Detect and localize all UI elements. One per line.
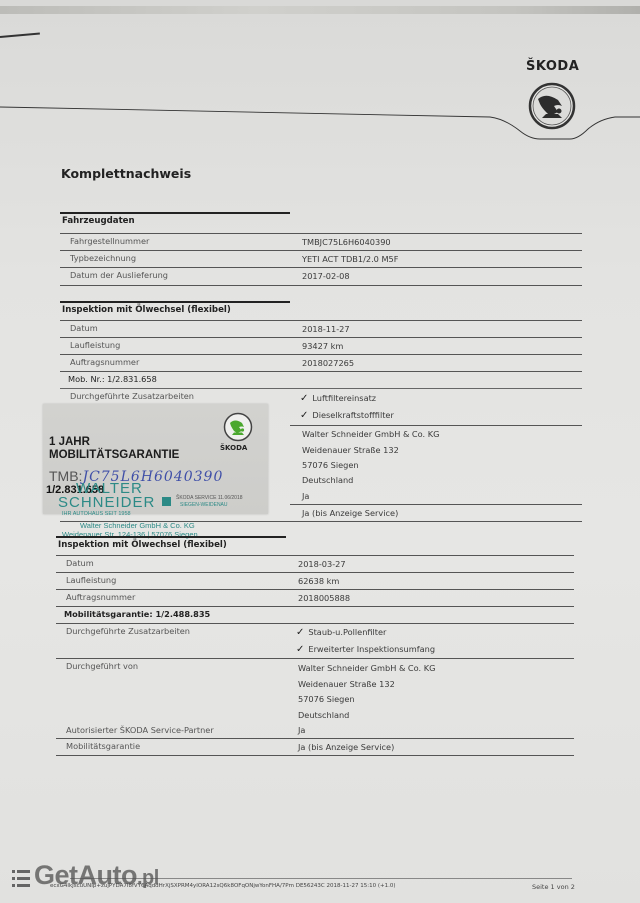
mobility-label: Mobilitätsgarantie	[66, 741, 140, 751]
checkmark-icon: ✓	[296, 627, 304, 638]
mobility-guarantee-number: Mobilitätsgarantie: 1/2.488.835	[64, 609, 210, 619]
stamp-partner-sub: SIEGEN-WEIDENAU	[180, 502, 228, 508]
checkmark-icon: ✓	[296, 644, 304, 655]
row-value: 2017-02-08	[302, 271, 350, 281]
table-row: Laufleistung 93427 km	[60, 337, 582, 354]
performed-by-label: Durchgeführt von	[66, 661, 138, 671]
table-row: Laufleistung 62638 km	[56, 572, 574, 589]
sticker-brand: ŠKODA	[220, 444, 247, 452]
performed-by-line: Deutschland	[302, 475, 353, 485]
row-value: YETI ACT TDB1/2.0 M5F	[302, 254, 398, 264]
section-title: Fahrzeugdaten	[62, 216, 135, 226]
stamp-partner-text: ŠKODA SERVICE 11.06/2018	[176, 495, 243, 501]
extra-work-item: ✓Dieselkraftstofffilter	[300, 410, 394, 421]
performed-by-line: 57076 Siegen	[302, 460, 359, 470]
watermark-menu-icon	[12, 868, 30, 888]
stamp-badge-icon	[162, 497, 171, 506]
performed-by-line: Walter Schneider GmbH & Co. KG	[302, 429, 439, 439]
section-bar	[56, 536, 286, 538]
authorized-value: Ja	[298, 725, 305, 735]
performed-by-line: Walter Schneider GmbH & Co. KG	[298, 663, 435, 673]
table-row: Datum 2018-11-27	[60, 320, 582, 337]
performed-by-line: Weidenauer Straße 132	[298, 679, 395, 689]
stamp-address-1: Walter Schneider GmbH & Co. KG	[80, 521, 195, 530]
authorized-value: Ja	[302, 491, 309, 501]
divider	[56, 738, 574, 739]
row-value: 62638 km	[298, 576, 339, 586]
row-label: Auftragsnummer	[70, 357, 139, 367]
row-value: 2018-11-27	[302, 324, 350, 334]
document-page: ŠKODA Komplettnachweis Fahrzeugdaten Fah…	[0, 6, 640, 903]
brand-wordmark: ŠKODA	[526, 59, 579, 74]
extra-work-item: ✓Staub-u.Pollenfilter	[296, 627, 386, 638]
table-row: Fahrgestellnummer TMBJC75L6H6040390	[60, 233, 582, 250]
row-label: Datum	[70, 323, 98, 333]
row-label: Durchgeführte Zusatzarbeiten	[66, 626, 190, 636]
authorized-label: Autorisierter ŠKODA Service-Partner	[66, 725, 214, 735]
extra-work-item: ✓Erweiterter Inspektionsumfang	[296, 644, 435, 655]
row-value: TMBJC75L6H6040390	[302, 237, 391, 247]
row-label: Typbezeichnung	[70, 253, 136, 263]
stamp-dealer-name: WALTER SCHNEIDER	[58, 482, 155, 510]
extra-work-item: ✓Luftfiltereinsatz	[300, 393, 376, 404]
divider	[56, 755, 574, 756]
section-title: Inspektion mit Ölwechsel (flexibel)	[62, 305, 231, 315]
divider	[290, 504, 582, 505]
mob-number-row: Mob. Nr.: 1/2.831.658	[60, 371, 582, 388]
performed-by-line: Deutschland	[298, 710, 349, 720]
table-row: Auftragsnummer 2018005888	[56, 589, 574, 606]
skoda-logo-icon	[528, 82, 576, 130]
performed-by-line: Weidenauer Straße 132	[302, 445, 399, 455]
stamp-tagline: IHR AUTOHAUS SEIT 1958	[62, 511, 131, 517]
checkmark-icon: ✓	[300, 410, 308, 421]
document-title: Komplettnachweis	[61, 166, 191, 181]
row-label: Datum der Auslieferung	[70, 270, 168, 280]
page-number: Seite 1 von 2	[532, 883, 575, 891]
mobility-value: Ja (bis Anzeige Service)	[298, 742, 394, 752]
row-value: 93427 km	[302, 341, 343, 351]
divider	[60, 285, 582, 286]
row-label: Datum	[66, 558, 94, 568]
inspection-section-2: Inspektion mit Ölwechsel (flexibel) Datu…	[56, 536, 574, 766]
dealer-stamp: WALTER SCHNEIDER ŠKODA SERVICE 11.06/201…	[58, 482, 268, 542]
performed-by-line: 57076 Siegen	[298, 694, 355, 704]
row-value: 2018005888	[298, 593, 350, 603]
row-label: Laufleistung	[70, 340, 120, 350]
sticker-title: 1 JAHR MOBILITÄTSGARANTIE	[49, 436, 179, 462]
table-row: Auftragsnummer 2018027265	[60, 354, 582, 371]
row-label: Laufleistung	[66, 575, 116, 585]
mobility-value: Ja (bis Anzeige Service)	[302, 508, 398, 518]
table-row: Typbezeichnung YETI ACT TDB1/2.0 M5F	[60, 250, 582, 267]
pen-mark	[0, 33, 40, 38]
section-bar	[60, 212, 290, 214]
row-label: Durchgeführte Zusatzarbeiten	[70, 391, 194, 401]
row-value: 2018-03-27	[298, 559, 346, 569]
section-bar	[60, 301, 290, 303]
mobility-guarantee-row: Mobilitätsgarantie: 1/2.488.835	[56, 606, 574, 623]
checkmark-icon: ✓	[300, 393, 308, 404]
divider	[56, 658, 574, 659]
row-value: 2018027265	[302, 358, 354, 368]
vehicle-data-section: Fahrzeugdaten Fahrgestellnummer TMBJC75L…	[60, 212, 582, 292]
row-label: Fahrgestellnummer	[70, 236, 149, 246]
skoda-green-logo-icon	[223, 412, 253, 442]
mob-number: Mob. Nr.: 1/2.831.658	[68, 374, 157, 384]
divider	[290, 425, 582, 426]
section-title: Inspektion mit Ölwechsel (flexibel)	[58, 540, 227, 550]
table-row: Datum der Auslieferung 2017-02-08	[60, 267, 582, 284]
paper-top-edge	[0, 6, 640, 14]
table-row: Datum 2018-03-27	[56, 555, 574, 572]
watermark-logo: GetAuto.pl	[34, 860, 159, 891]
row-label: Auftragsnummer	[66, 592, 135, 602]
